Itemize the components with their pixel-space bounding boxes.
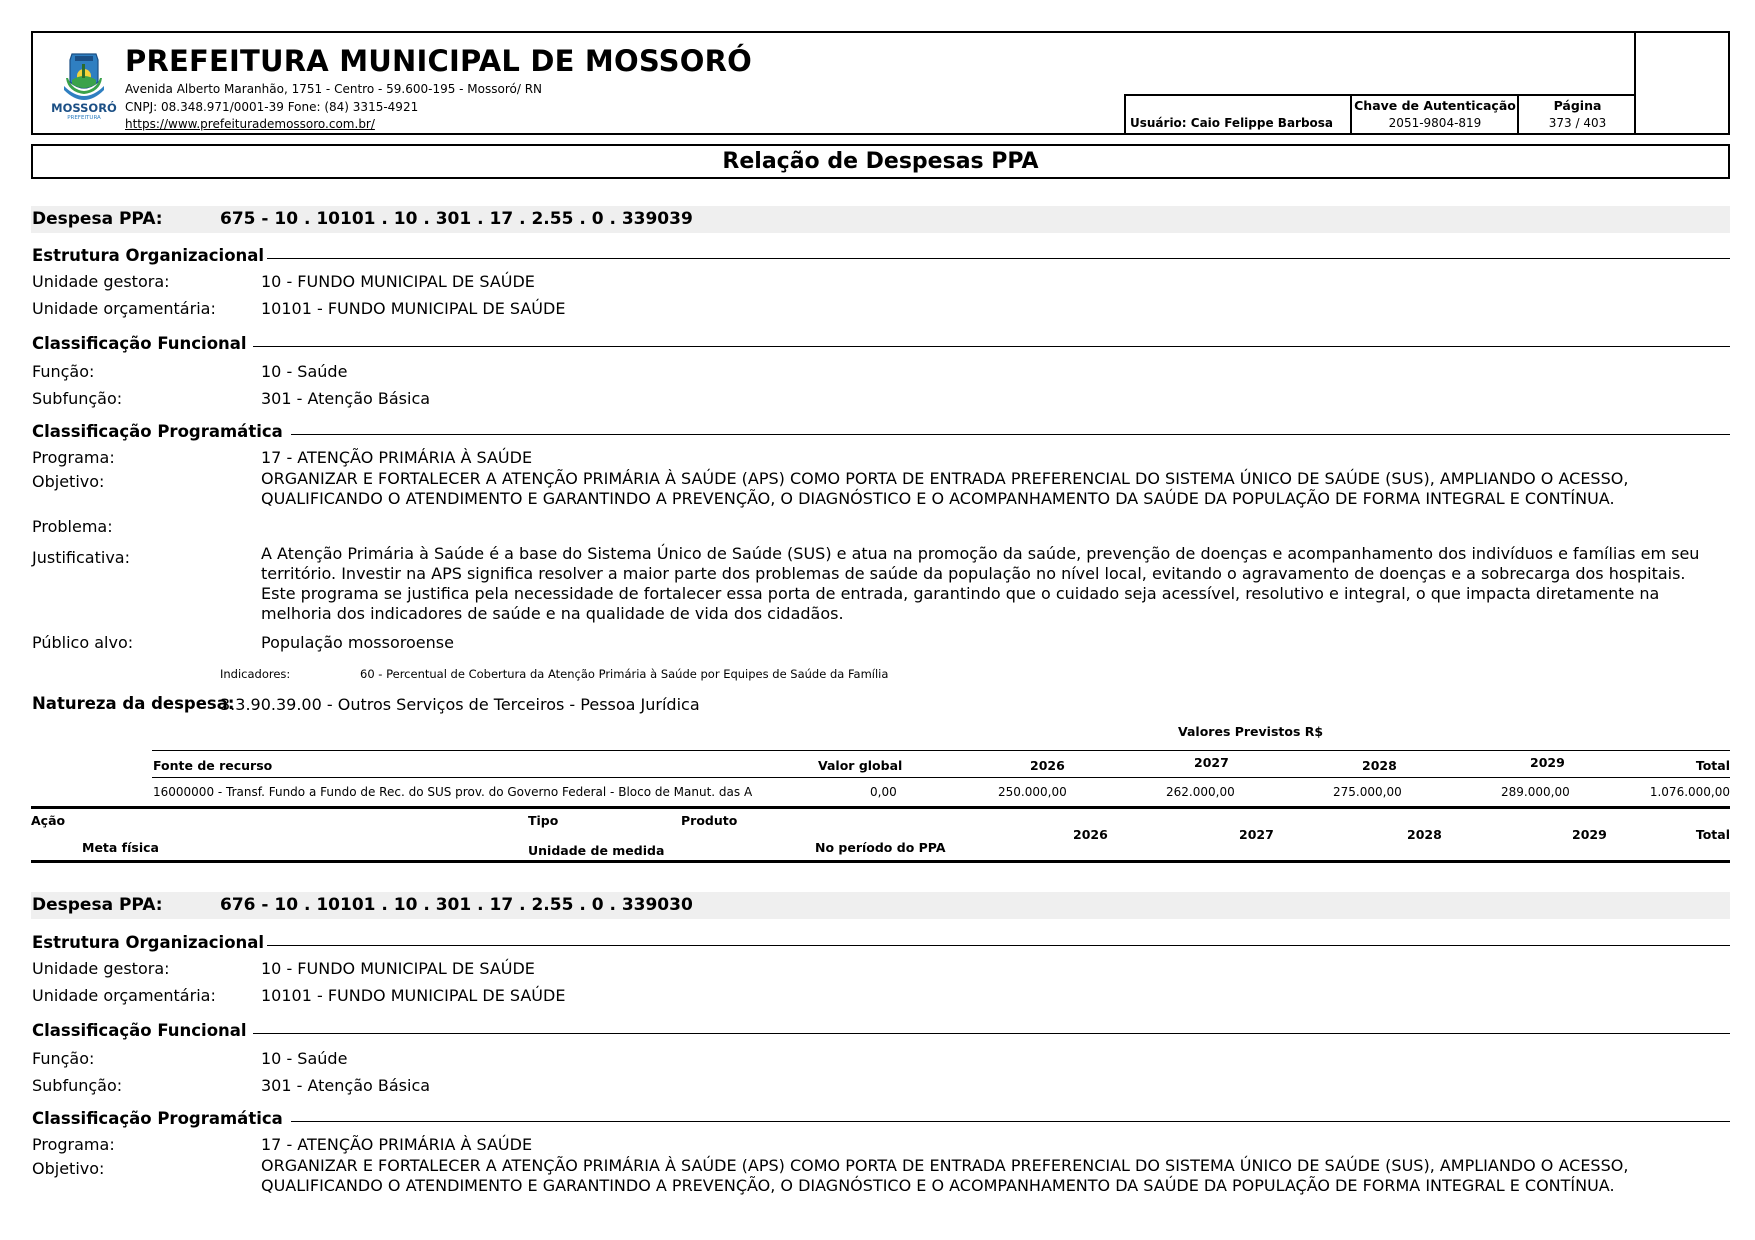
divider [152, 750, 1730, 751]
col-2028: 2028 [1362, 758, 1397, 773]
value-objetivo: ORGANIZAR E FORTALECER A ATENÇÃO PRIMÁRI… [261, 469, 1711, 509]
value-subfuncao: 301 - Atenção Básica [261, 1076, 430, 1095]
value-unidade-orcamentaria: 10101 - FUNDO MUNICIPAL DE SAÚDE [261, 986, 565, 1005]
section-estrutura: Estrutura Organizacional [32, 246, 264, 265]
value-publico-alvo: População mossoroense [261, 633, 454, 652]
value-programa: 17 - ATENÇÃO PRIMÁRIA À SAÚDE [261, 1135, 532, 1154]
despesa-label: Despesa PPA: [32, 892, 163, 919]
cell-fonte: 16000000 - Transf. Fundo a Fundo de Rec.… [153, 785, 752, 799]
col-tipo: Tipo [528, 813, 558, 828]
divider [291, 1121, 1730, 1122]
org-name: PREFEITURA MUNICIPAL DE MOSSORÓ [125, 44, 752, 78]
user-label: Usuário: Caio Felippe Barbosa [1130, 116, 1333, 130]
label-indicadores: Indicadores: [220, 667, 290, 681]
divider [152, 777, 1730, 778]
value-funcao: 10 - Saúde [261, 362, 347, 381]
col-acao-2028: 2028 [1407, 827, 1442, 842]
cell-total: 1.076.000,00 [1650, 785, 1730, 799]
value-subfuncao: 301 - Atenção Básica [261, 389, 430, 408]
despesa-code: 675 - 10 . 10101 . 10 . 301 . 17 . 2.55 … [220, 206, 693, 233]
user-cell: Usuário: Caio Felippe Barbosa [1124, 94, 1351, 135]
col-periodo-ppa: No período do PPA [815, 840, 946, 855]
value-programa: 17 - ATENÇÃO PRIMÁRIA À SAÚDE [261, 448, 532, 467]
section-class-programatica: Classificação Programática [32, 1109, 283, 1128]
col-acao-2027: 2027 [1239, 827, 1274, 842]
col-acao-2026: 2026 [1073, 827, 1108, 842]
label-funcao: Função: [32, 362, 94, 381]
mossoro-logo: MOSSORÓ PREFEITURA [48, 48, 120, 120]
label-unidade-gestora: Unidade gestora: [32, 959, 170, 978]
col-acao-2029: 2029 [1572, 827, 1607, 842]
page-label: Página [1519, 98, 1636, 113]
label-programa: Programa: [32, 448, 115, 467]
cell-2026: 250.000,00 [998, 785, 1067, 799]
col-valor-global: Valor global [818, 758, 902, 773]
divider [31, 806, 1730, 809]
value-unidade-gestora: 10 - FUNDO MUNICIPAL DE SAÚDE [261, 959, 535, 978]
cell-2027: 262.000,00 [1166, 785, 1235, 799]
col-produto: Produto [681, 813, 737, 828]
divider [31, 860, 1730, 863]
auth-key-label: Chave de Autenticação [1352, 98, 1518, 113]
divider [267, 945, 1730, 946]
col-meta-fisica: Meta física [82, 840, 159, 855]
label-unidade-gestora: Unidade gestora: [32, 272, 170, 291]
value-justificativa: A Atenção Primária à Saúde é a base do S… [261, 544, 1711, 624]
section-class-funcional: Classificação Funcional [32, 1021, 247, 1040]
col-unidade-medida: Unidade de medida [528, 843, 664, 858]
label-programa: Programa: [32, 1135, 115, 1154]
section-estrutura: Estrutura Organizacional [32, 933, 264, 952]
auth-key-cell: Chave de Autenticação 2051-9804-819 [1350, 94, 1518, 135]
label-problema: Problema: [32, 517, 113, 536]
valores-title: Valores Previstos R$ [1178, 724, 1323, 739]
col-2029: 2029 [1530, 755, 1565, 770]
label-unidade-orcamentaria: Unidade orçamentária: [32, 299, 216, 318]
value-funcao: 10 - Saúde [261, 1049, 347, 1068]
despesa-bar: Despesa PPA: 675 - 10 . 10101 . 10 . 301… [31, 206, 1730, 233]
svg-text:MOSSORÓ: MOSSORÓ [51, 100, 117, 115]
label-subfuncao: Subfunção: [32, 1076, 122, 1095]
col-total: Total [1696, 758, 1730, 773]
value-objetivo: ORGANIZAR E FORTALECER A ATENÇÃO PRIMÁRI… [261, 1156, 1711, 1196]
col-acao: Ação [31, 813, 65, 828]
cell-2028: 275.000,00 [1333, 785, 1402, 799]
label-subfuncao: Subfunção: [32, 389, 122, 408]
value-natureza: 3.3.90.39.00 - Outros Serviços de Tercei… [220, 695, 700, 714]
label-publico-alvo: Público alvo: [32, 633, 133, 652]
org-cnpj-phone: CNPJ: 08.348.971/0001-39 Fone: (84) 3315… [125, 100, 418, 114]
label-unidade-orcamentaria: Unidade orçamentária: [32, 986, 216, 1005]
label-funcao: Função: [32, 1049, 94, 1068]
value-unidade-gestora: 10 - FUNDO MUNICIPAL DE SAÚDE [261, 272, 535, 291]
divider [253, 1033, 1730, 1034]
svg-text:PREFEITURA: PREFEITURA [67, 115, 101, 120]
despesa-label: Despesa PPA: [32, 206, 163, 233]
label-justificativa: Justificativa: [32, 548, 130, 567]
col-acao-total: Total [1696, 827, 1730, 842]
col-2026: 2026 [1030, 758, 1065, 773]
page-number: 373 / 403 [1519, 116, 1636, 130]
col-2027: 2027 [1194, 755, 1229, 770]
report-title: Relação de Despesas PPA [31, 144, 1730, 179]
label-natureza: Natureza da despesa: [32, 694, 234, 713]
col-fonte: Fonte de recurso [153, 758, 272, 773]
label-objetivo: Objetivo: [32, 1159, 104, 1178]
coat-of-arms-icon: MOSSORÓ PREFEITURA [48, 48, 120, 120]
section-class-programatica: Classificação Programática [32, 422, 283, 441]
divider [267, 258, 1730, 259]
despesa-bar: Despesa PPA: 676 - 10 . 10101 . 10 . 301… [31, 892, 1730, 919]
section-class-funcional: Classificação Funcional [32, 334, 247, 353]
value-unidade-orcamentaria: 10101 - FUNDO MUNICIPAL DE SAÚDE [261, 299, 565, 318]
org-website-link[interactable]: https://www.prefeiturademossoro.com.br/ [125, 117, 375, 131]
cell-valor-global: 0,00 [870, 785, 897, 799]
value-indicadores: 60 - Percentual de Cobertura da Atenção … [360, 667, 888, 681]
auth-key-value: 2051-9804-819 [1352, 116, 1518, 130]
cell-2029: 289.000,00 [1501, 785, 1570, 799]
org-address: Avenida Alberto Maranhão, 1751 - Centro … [125, 82, 542, 96]
divider [291, 434, 1730, 435]
divider [253, 346, 1730, 347]
label-objetivo: Objetivo: [32, 472, 104, 491]
despesa-code: 676 - 10 . 10101 . 10 . 301 . 17 . 2.55 … [220, 892, 693, 919]
page-cell: Página 373 / 403 [1517, 94, 1636, 135]
header-blank-cell [1634, 31, 1730, 135]
